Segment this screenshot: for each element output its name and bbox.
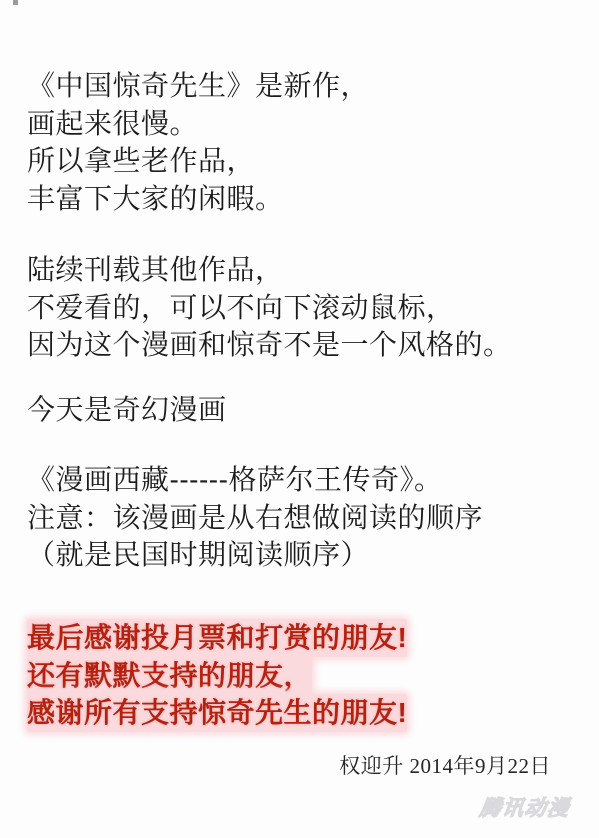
text-line: 画起来很慢。 — [27, 105, 369, 143]
thanks-line: 感谢所有支持惊奇先生的朋友! — [27, 694, 407, 732]
text-line: 《漫画西藏------格萨尔王传奇》。 — [27, 461, 483, 499]
paragraph-today-genre: 今天是奇幻漫画 — [27, 391, 227, 429]
thanks-line-text: 还有默默支持的朋友， — [27, 657, 312, 695]
text-line: 不爱看的，可以不向下滚动鼠标， — [27, 289, 512, 327]
paragraph-other-works: 陆续刊载其他作品， 不爱看的，可以不向下滚动鼠标， 因为这个漫画和惊奇不是一个风… — [27, 251, 512, 364]
text-line: 所以拿些老作品， — [27, 142, 369, 180]
paragraph-tibet-comic: 《漫画西藏------格萨尔王传奇》。 注意：该漫画是从右想做阅读的顺序 （就是… — [27, 461, 483, 574]
thanks-line-text: 最后感谢投月票和打赏的朋友! — [27, 619, 407, 657]
text-line: 注意：该漫画是从右想做阅读的顺序 — [27, 499, 483, 537]
scan-artifact-speck — [13, 0, 18, 5]
thanks-line: 还有默默支持的朋友， — [27, 657, 407, 695]
text-line: 《中国惊奇先生》是新作， — [27, 67, 369, 105]
text-line: 陆续刊载其他作品， — [27, 251, 512, 289]
thanks-line-text: 感谢所有支持惊奇先生的朋友! — [27, 694, 407, 732]
paragraph-new-work: 《中国惊奇先生》是新作， 画起来很慢。 所以拿些老作品， 丰富下大家的闲暇。 — [27, 67, 369, 217]
thanks-line: 最后感谢投月票和打赏的朋友! — [27, 619, 407, 657]
text-line: 因为这个漫画和惊奇不是一个风格的。 — [27, 326, 512, 364]
comic-author-note-page: 《中国惊奇先生》是新作， 画起来很慢。 所以拿些老作品， 丰富下大家的闲暇。 陆… — [0, 0, 599, 838]
text-line: 丰富下大家的闲暇。 — [27, 180, 369, 218]
tencent-comics-watermark: 腾讯动漫 — [478, 792, 572, 822]
text-line: （就是民国时期阅读顺序） — [27, 536, 483, 574]
text-line: 今天是奇幻漫画 — [27, 391, 227, 429]
thanks-red-block: 最后感谢投月票和打赏的朋友! 还有默默支持的朋友， 感谢所有支持惊奇先生的朋友! — [27, 619, 407, 732]
author-signature-date: 权迎升 2014年9月22日 — [0, 750, 551, 780]
